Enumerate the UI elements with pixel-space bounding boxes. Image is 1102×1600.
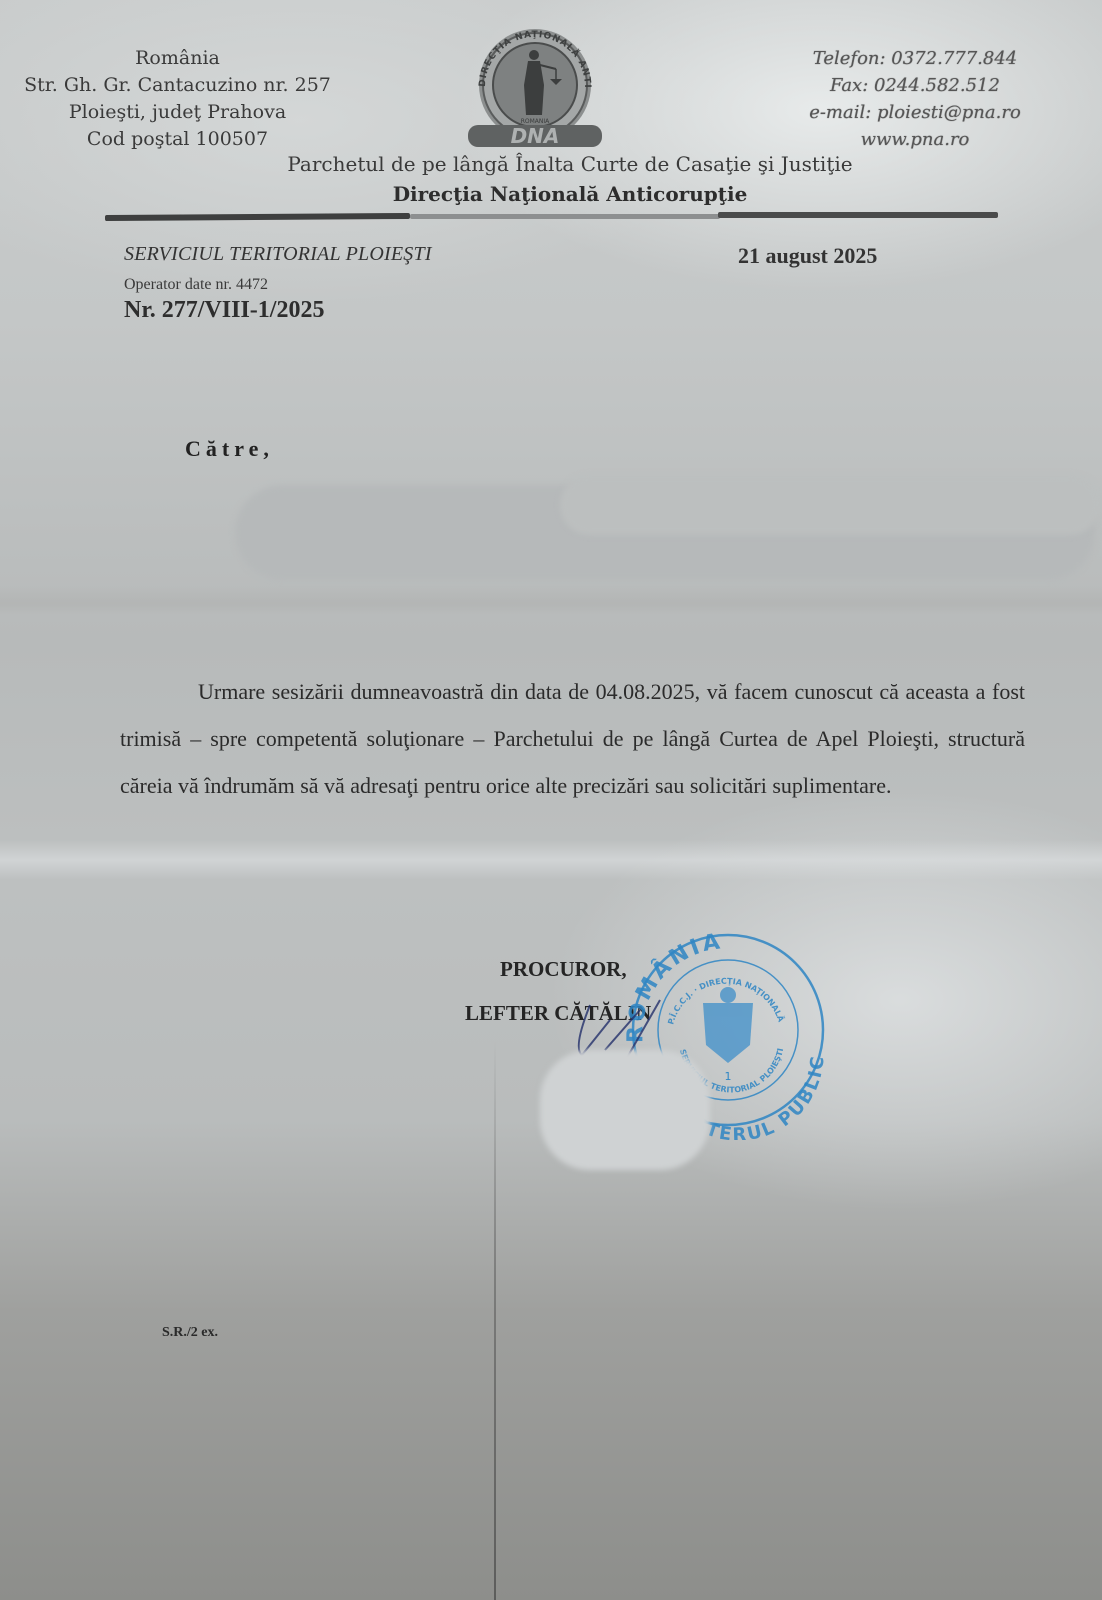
phone: Telefon: 0372.777.844	[790, 45, 1040, 72]
operator-number: Operator date nr. 4472	[124, 276, 268, 294]
header-divider	[410, 214, 720, 219]
address-line: Ploieşti, judeţ Prahova	[20, 99, 335, 126]
email-link[interactable]: e-mail: ploiesti@pna.ro	[790, 99, 1040, 126]
svg-text:1: 1	[725, 1070, 732, 1083]
letter-date: 21 august 2025	[738, 243, 877, 269]
address-block: România Str. Gh. Gr. Cantacuzino nr. 257…	[20, 45, 335, 153]
website-link[interactable]: www.pna.ro	[790, 126, 1040, 153]
paper-fold	[0, 585, 1102, 615]
redacted-recipient	[560, 475, 1100, 535]
letter-body: Urmare sesizării dumneavoastră din data …	[120, 668, 1025, 809]
contact-block: Telefon: 0372.777.844 Fax: 0244.582.512 …	[790, 45, 1040, 153]
service-name: SERVICIUL TERITORIAL PLOIEŞTI	[124, 243, 432, 266]
redacted-signature	[540, 1050, 710, 1170]
institution-name: Parchetul de pe lângă Înalta Curte de Ca…	[240, 150, 900, 178]
address-line: România	[20, 45, 335, 72]
dna-emblem-justice-icon: DIRECŢIA NAŢIONALĂ ANTICORUPŢIE ROMANIA …	[460, 25, 610, 150]
address-line: Cod poştal 100507	[20, 126, 335, 153]
body-paragraph: Urmare sesizării dumneavoastră din data …	[120, 679, 1025, 798]
registration-number: Nr. 277/VIII-1/2025	[124, 297, 324, 324]
copies-note: S.R./2 ex.	[162, 1325, 218, 1341]
recipient-salutation: Către,	[185, 436, 274, 462]
header-divider	[718, 212, 998, 218]
signatory-title: PROCUROR,	[500, 957, 627, 982]
fax: Fax: 0244.582.512	[790, 72, 1040, 99]
address-line: Str. Gh. Gr. Cantacuzino nr. 257	[20, 72, 335, 99]
paper-fold	[494, 1040, 496, 1600]
svg-text:DNA: DNA	[511, 124, 560, 148]
paper-fold	[0, 840, 1102, 880]
department-name: Direcţia Naţională Anticorupţie	[240, 180, 900, 208]
